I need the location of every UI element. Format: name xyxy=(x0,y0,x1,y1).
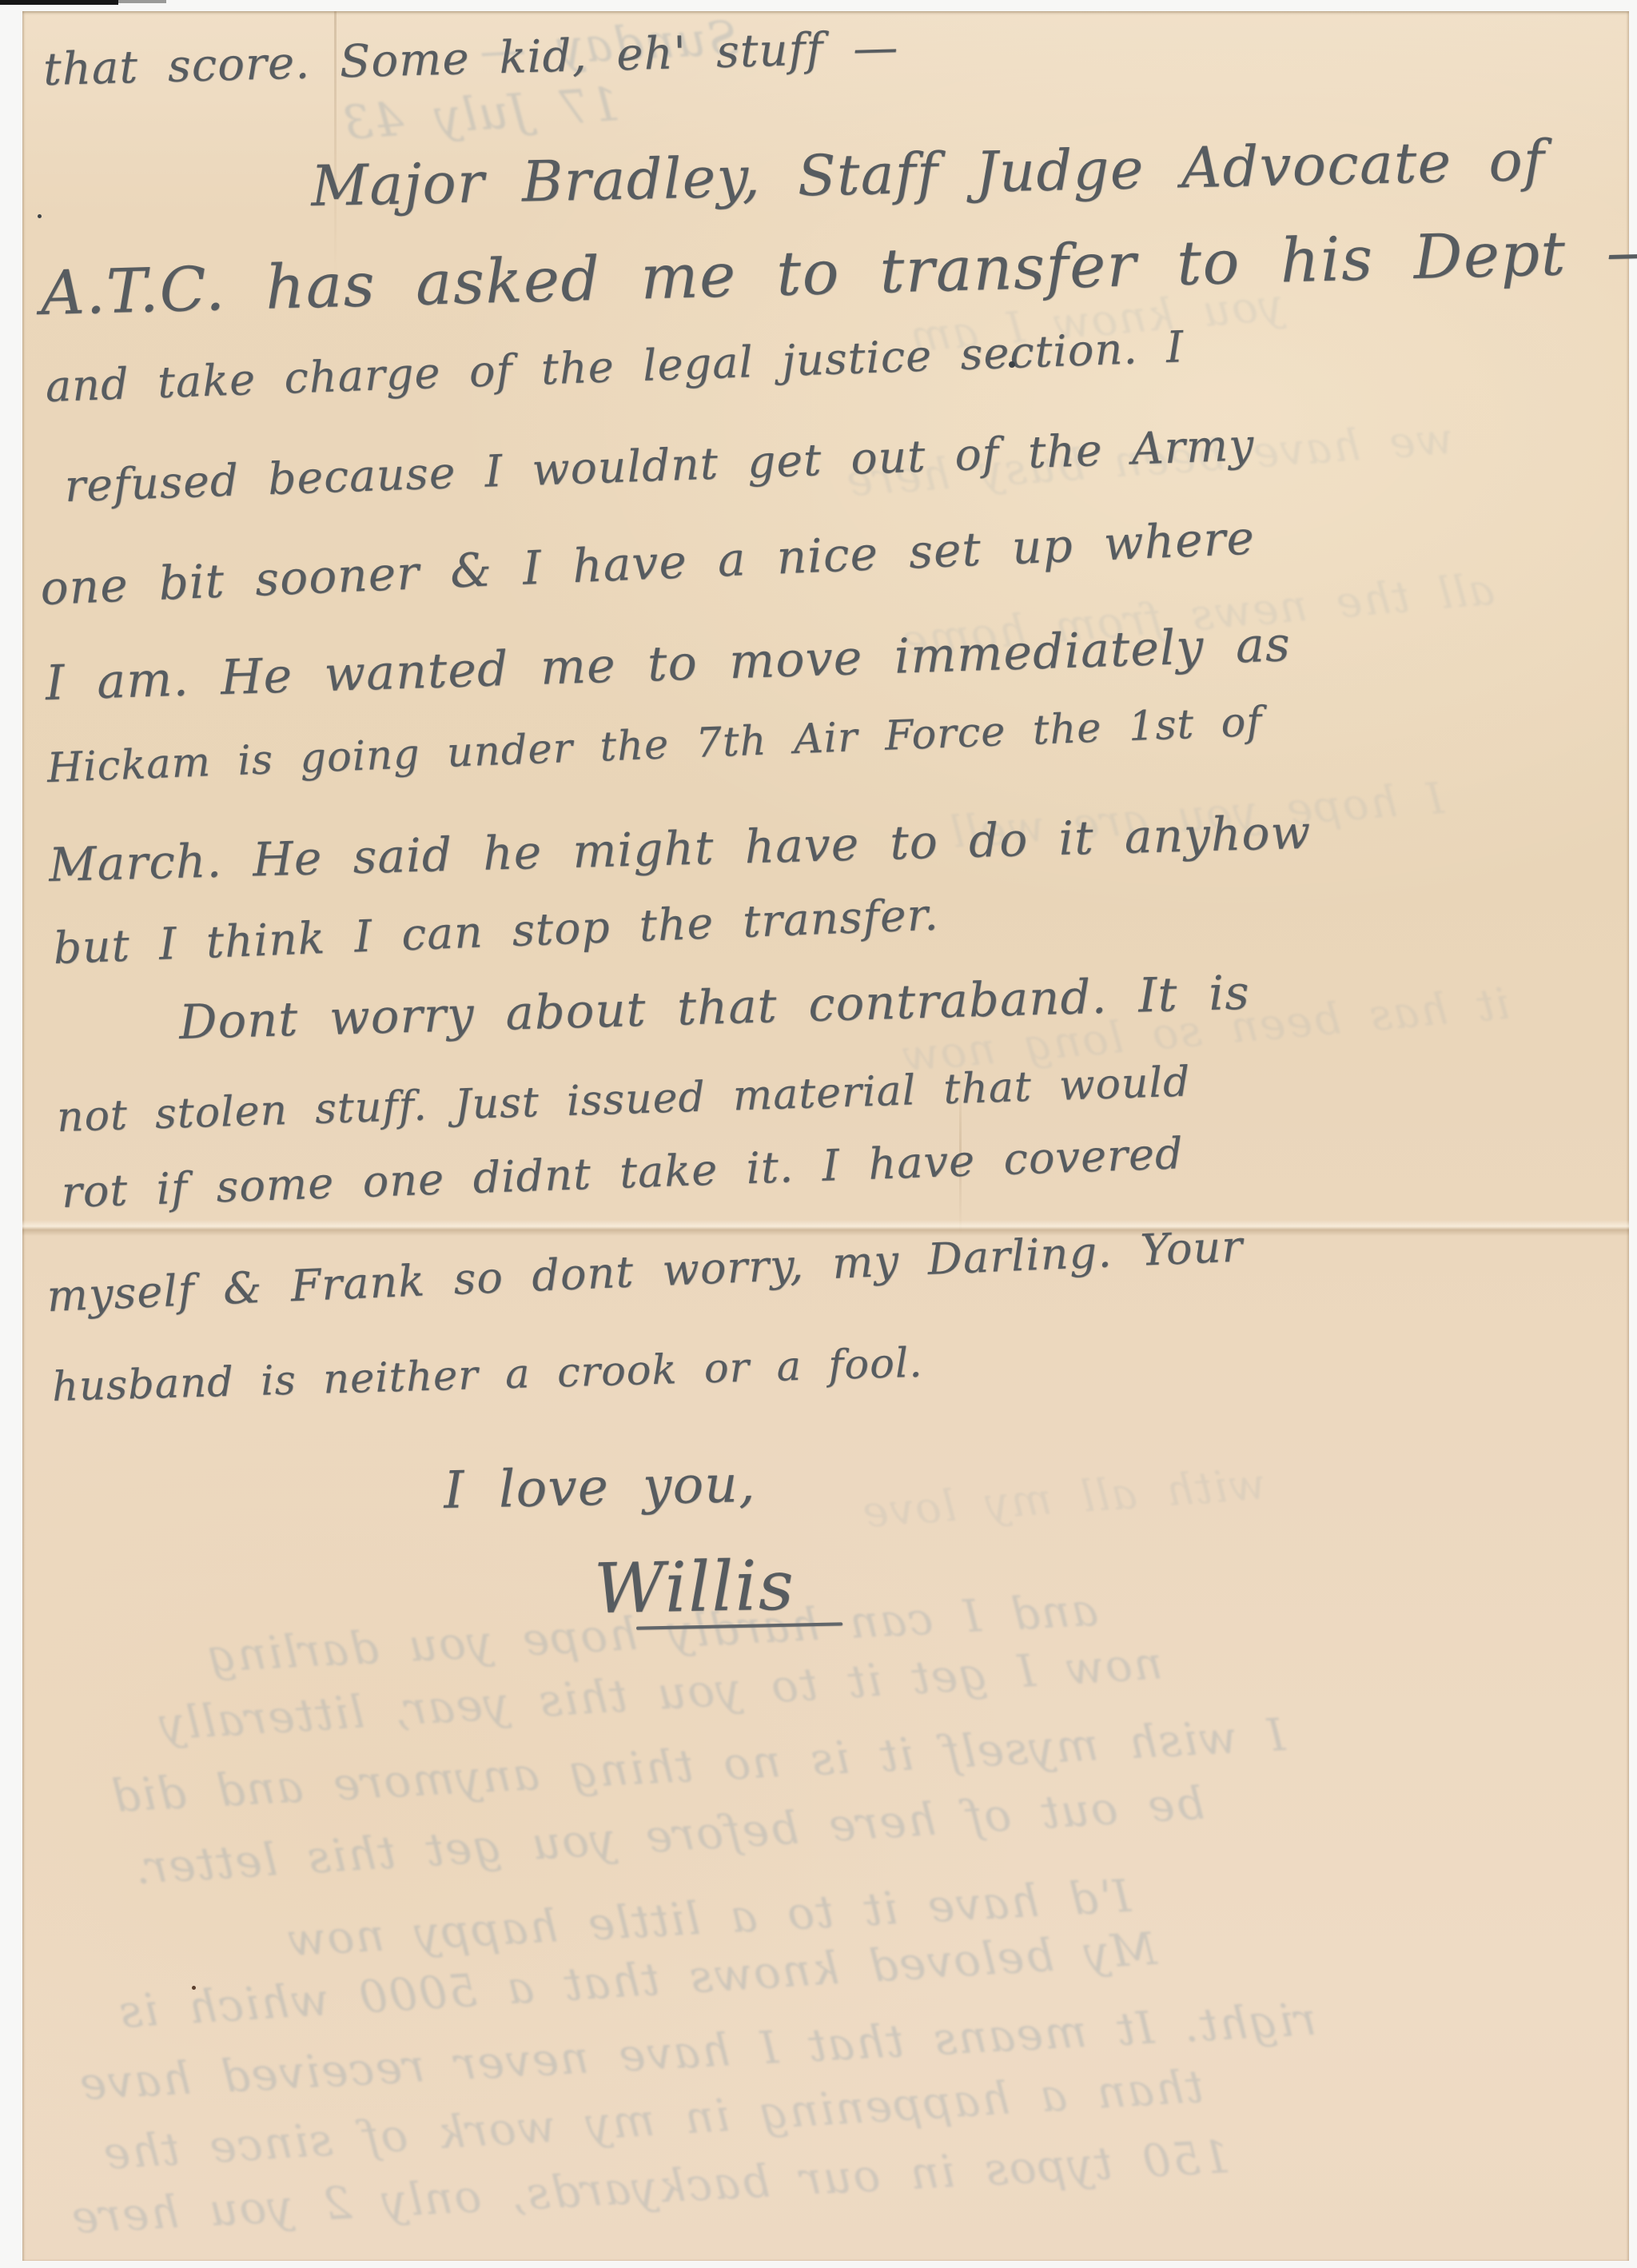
ink-speck xyxy=(1009,361,1015,368)
scan-edge-artifact-faint xyxy=(118,0,166,3)
ink-speck xyxy=(38,214,42,218)
ink-speck xyxy=(192,1986,196,1990)
signature: Willis xyxy=(593,1546,795,1629)
letter-closing: I love you, xyxy=(443,1455,756,1521)
horizontal-fold-crease xyxy=(22,1220,1629,1236)
scan-edge-artifact xyxy=(0,0,118,5)
